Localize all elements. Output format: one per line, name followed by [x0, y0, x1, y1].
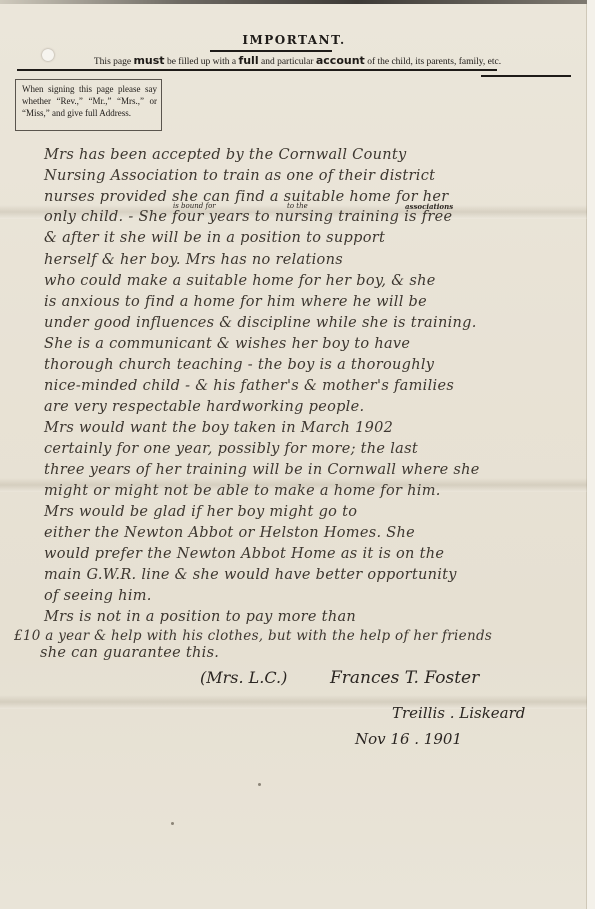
letter-line: would prefer the Newton Abbot Home as it…: [44, 546, 444, 562]
letter-line: She is a communicant & wishes her boy to…: [44, 336, 410, 352]
signing-instruction-box: When signing this page please say whethe…: [15, 79, 162, 131]
letter-line: Nursing Association to train as one of t…: [44, 168, 435, 184]
letter-line: Mrs has been accepted by the Cornwall Co…: [44, 147, 407, 163]
letter-line: main G.W.R. line & she would have better…: [44, 567, 457, 583]
page-edge: [587, 0, 595, 909]
letter-line: Mrs would want the boy taken in March 19…: [44, 420, 393, 436]
letter-line: thorough church teaching - the boy is a …: [44, 357, 434, 373]
letter-line: & after it she will be in a position to …: [44, 230, 385, 246]
letter-line: of seeing him.: [44, 588, 152, 604]
notice-text: of the child, its parents, family, etc.: [365, 57, 501, 67]
letter-line: she can guarantee this.: [40, 645, 219, 661]
notice-rule: [17, 69, 497, 71]
paper-blemish: [258, 783, 261, 786]
notice-emphasis-must: must: [133, 54, 164, 67]
paper-blemish: [171, 822, 174, 825]
letter-line: Mrs is not in a position to pay more tha…: [44, 609, 356, 625]
document-page: IMPORTANT. This page must be filled up w…: [0, 0, 588, 909]
form-heading: IMPORTANT.: [0, 33, 588, 47]
letter-line: is anxious to find a home for him where …: [44, 294, 427, 310]
heading-underline: [210, 50, 332, 52]
signature-address: Treillis . Liskeard: [392, 704, 525, 722]
letter-line: three years of her training will be in C…: [44, 462, 480, 478]
notice-text: and particular: [259, 57, 316, 67]
letter-line: £10 a year & help with his clothes, but …: [14, 628, 492, 644]
letter-line: either the Newton Abbot or Helston Homes…: [44, 525, 415, 541]
letter-line: nice-minded child - & his father's & mot…: [44, 378, 454, 394]
letter-line: certainly for one year, possibly for mor…: [44, 441, 418, 457]
signature-name: Frances T. Foster: [330, 668, 479, 688]
letter-line: herself & her boy. Mrs has no relations: [44, 252, 343, 268]
notice-emphasis-full: full: [238, 54, 258, 67]
signature-date: Nov 16 . 1901: [355, 730, 462, 748]
notice-text: be filled up with a: [165, 57, 239, 67]
letter-line: are very respectable hardworking people.: [44, 399, 364, 415]
notice-emphasis-account: account: [316, 54, 365, 67]
letter-line: who could make a suitable home for her b…: [44, 273, 436, 289]
letter-line: nurses provided she can find a suitable …: [44, 189, 448, 205]
notice-rule: [481, 75, 571, 77]
letter-line: Mrs would be glad if her boy might go to: [44, 504, 357, 520]
signature-title: (Mrs. L.C.): [200, 668, 287, 687]
letter-line: under good influences & discipline while…: [44, 315, 477, 331]
letter-line: might or might not be able to make a hom…: [44, 483, 441, 499]
page-top-edge: [0, 0, 595, 4]
form-notice: This page must be filled up with a full …: [0, 54, 595, 67]
letter-line: only child. - She four years to nursing …: [44, 209, 452, 225]
notice-text: This page: [94, 57, 134, 67]
